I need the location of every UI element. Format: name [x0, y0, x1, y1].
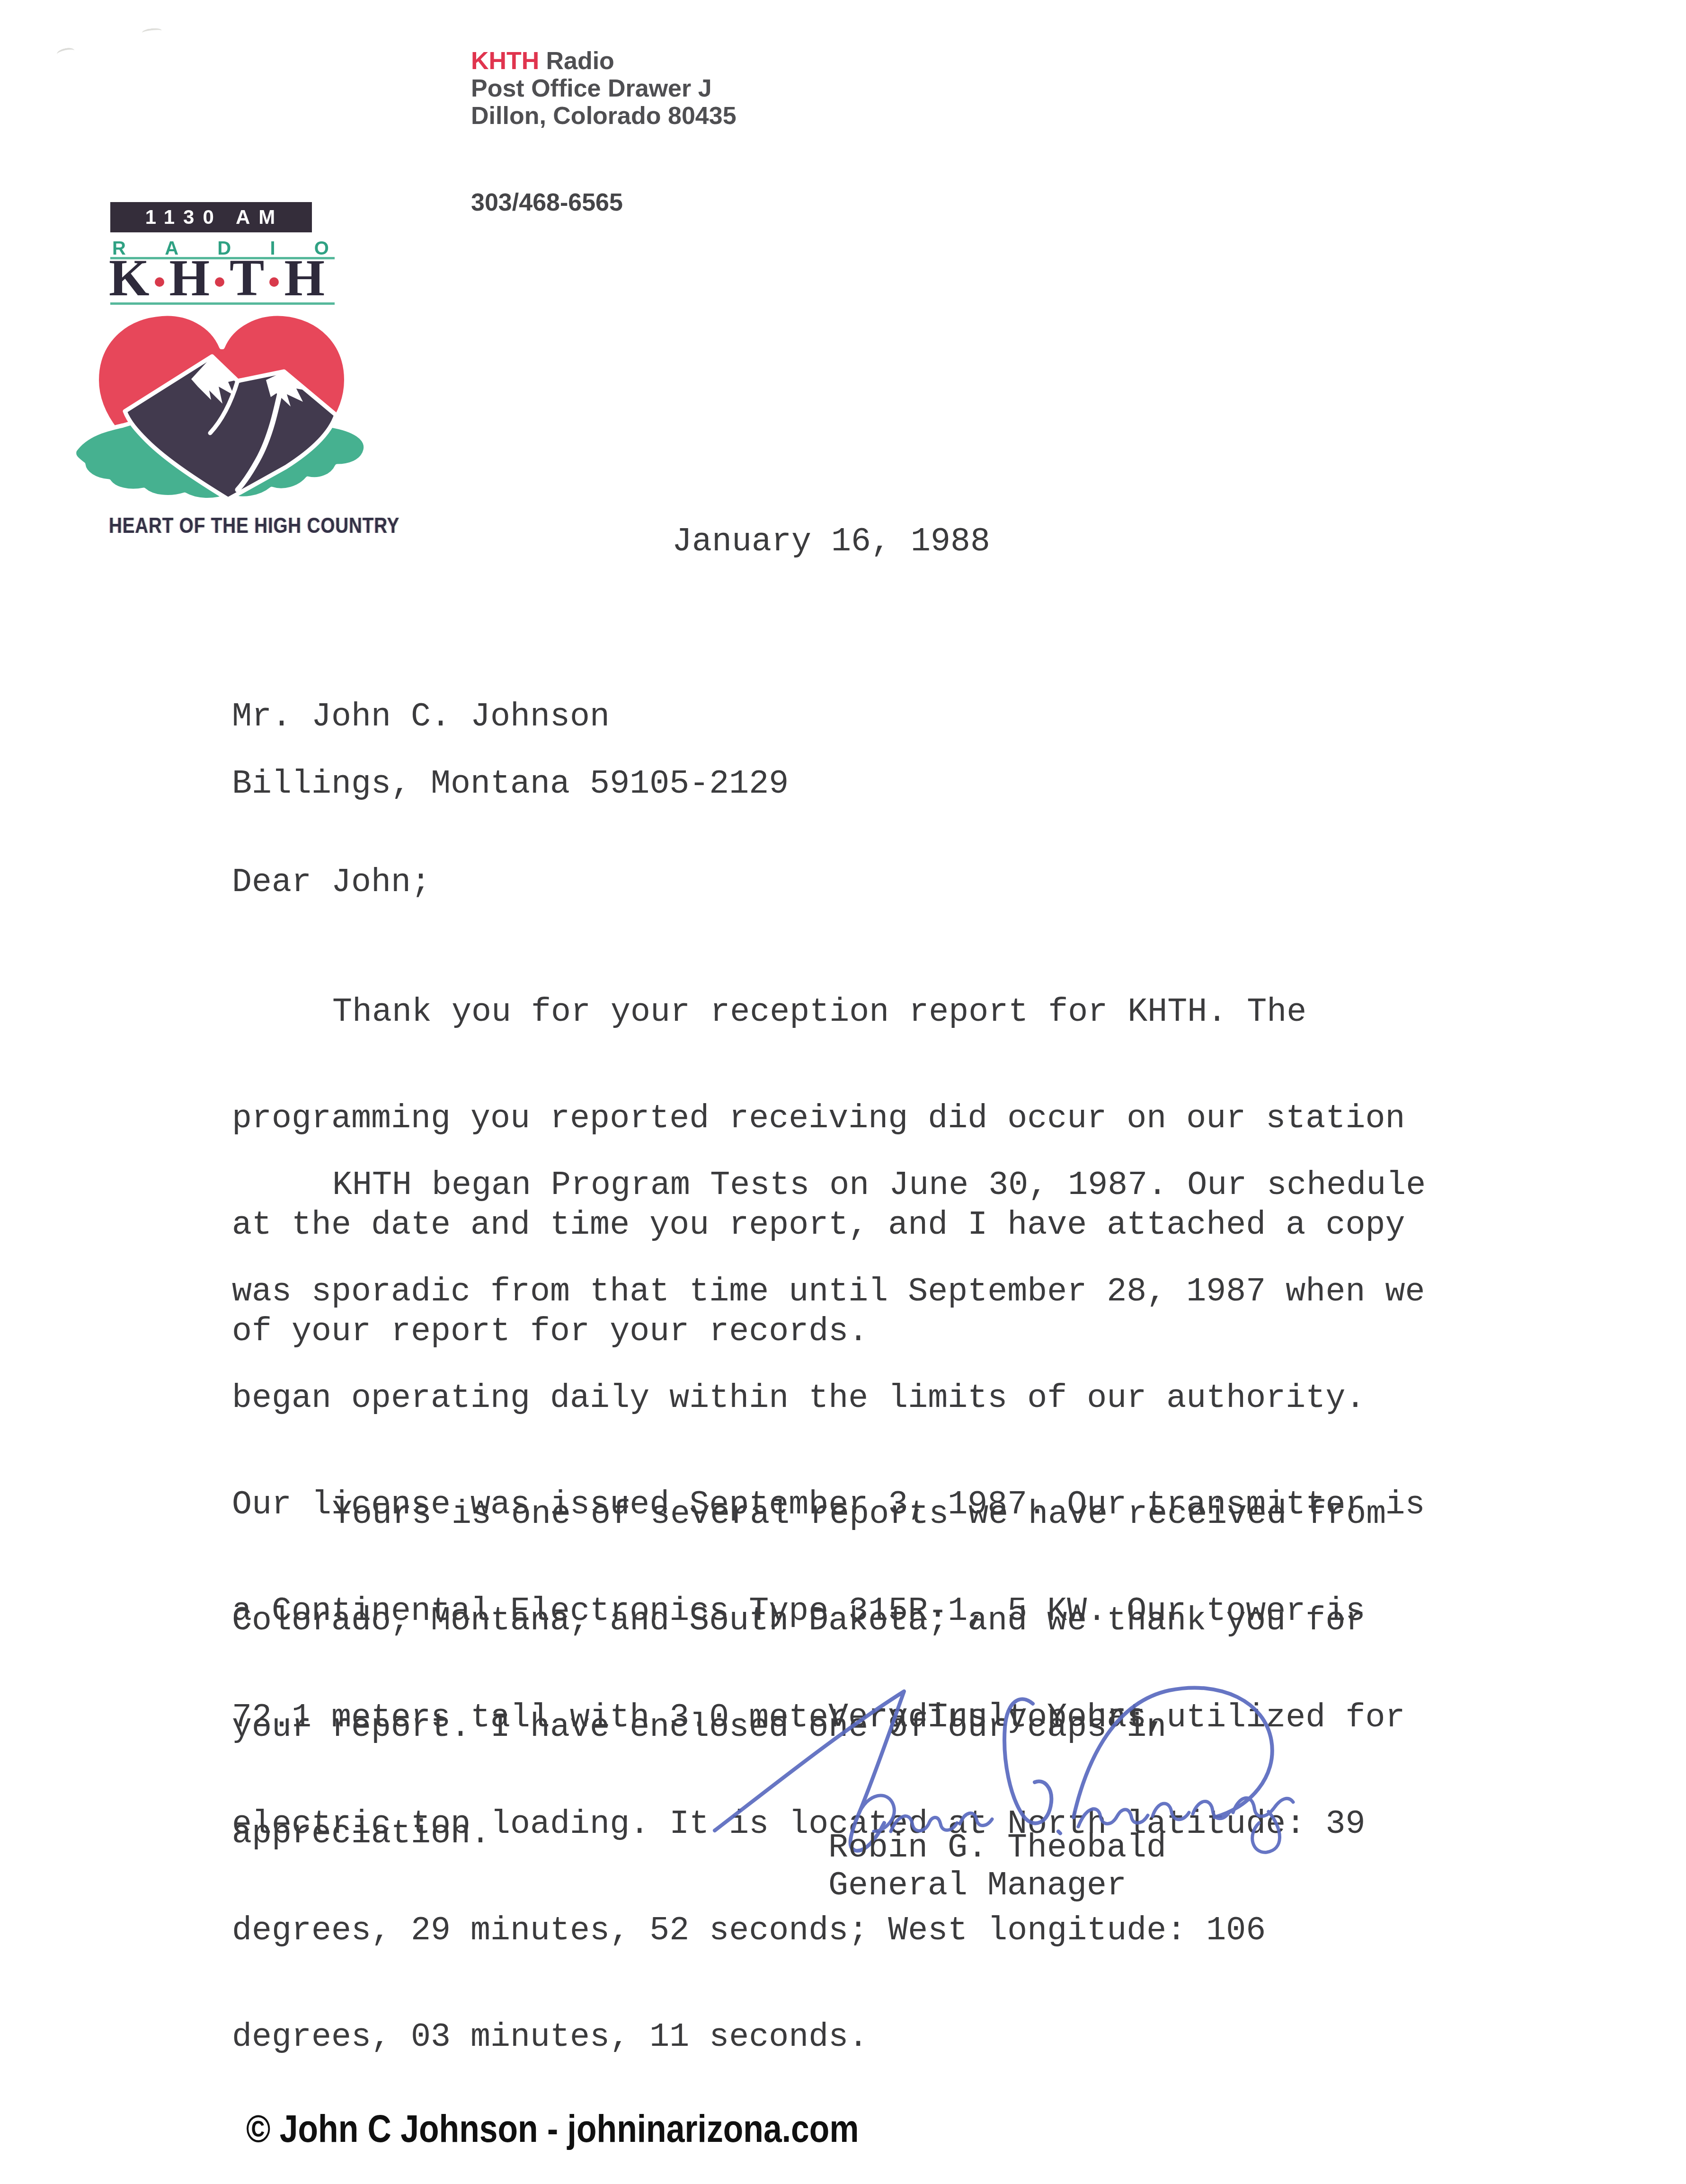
separator-dot-icon — [155, 277, 164, 287]
recipient-city: Billings, Montana 59105-2129 — [232, 767, 789, 802]
letter-line: degrees, 03 minutes, 11 seconds. — [232, 2020, 1426, 2055]
letterhead-station-line: KHTHRadio — [471, 47, 737, 75]
station-callsign: KHTH — [471, 47, 539, 75]
logo-tagline: HEART OF THE HIGH COUNTRY — [109, 513, 399, 538]
letterhead-phone: 303/468-6565 — [471, 188, 623, 217]
heart-mountains-logo-art — [70, 310, 373, 504]
callsign-letter: K — [109, 254, 150, 301]
callsign-letter: H — [169, 254, 210, 301]
logo-callsign: K H T H — [109, 254, 325, 301]
letter-line: was sporadic from that time until Septem… — [232, 1274, 1426, 1310]
scan-smudge — [142, 27, 162, 36]
letter-line: began operating daily within the limits … — [232, 1381, 1426, 1416]
signer-name: Robin G. Theobald — [828, 1830, 1166, 1866]
separator-dot-icon — [269, 277, 279, 287]
logo-frequency-bar: 1130 AM — [110, 202, 312, 232]
recipient-name: Mr. John C. Johnson — [232, 699, 610, 735]
callsign-letter: H — [284, 254, 325, 301]
salutation: Dear John; — [232, 865, 431, 901]
separator-dot-icon — [215, 277, 224, 287]
scan-smudge — [56, 46, 76, 59]
khth-logo: 1130 AM R A D I O K H T H — [57, 196, 388, 542]
letter-line: Yours is one of several reports we have … — [232, 1497, 1386, 1532]
letter-line: Thank you for your reception report for … — [232, 995, 1405, 1030]
letter-line: KHTH began Program Tests on June 30, 198… — [232, 1168, 1426, 1203]
logo-divider-rule — [110, 302, 335, 305]
copyright-credit: © John C Johnson - johninarizona.com — [246, 2107, 859, 2151]
letter-page: KHTHRadio Post Office Drawer J Dillon, C… — [0, 0, 1686, 2184]
callsign-letter: T — [230, 254, 264, 301]
letterhead-address-line1: Post Office Drawer J — [471, 75, 737, 102]
letterhead-address-block: KHTHRadio Post Office Drawer J Dillon, C… — [471, 47, 737, 130]
letter-date: January 16, 1988 — [672, 524, 990, 560]
letterhead-address-line2: Dillon, Colorado 80435 — [471, 102, 737, 130]
letter-line: Colorado, Montana, and South Dakota; and… — [232, 1603, 1386, 1639]
station-suffix: Radio — [546, 47, 614, 75]
signer-title: General Manager — [828, 1868, 1127, 1904]
